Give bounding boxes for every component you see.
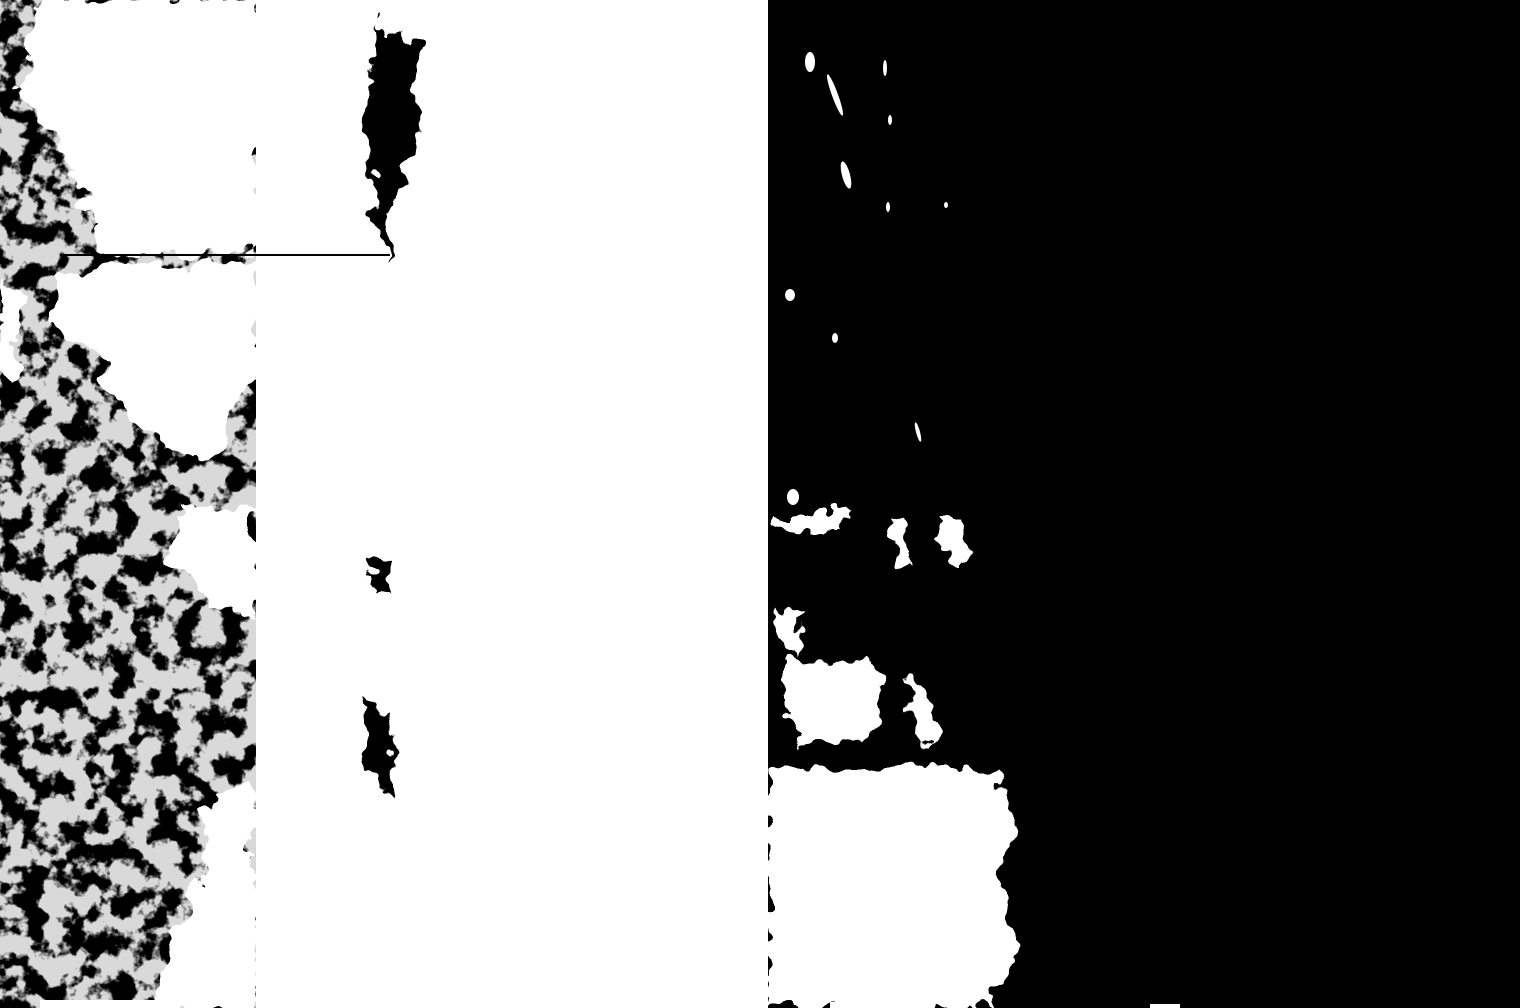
horizontal-edge-line (60, 254, 390, 256)
lower-right-light-extension (768, 768, 1020, 1008)
central-light-block (256, 0, 768, 1008)
texture-artwork (0, 0, 1520, 1008)
binarized-texture-canvas (0, 0, 1520, 1008)
upper-light-extension (100, 0, 260, 255)
